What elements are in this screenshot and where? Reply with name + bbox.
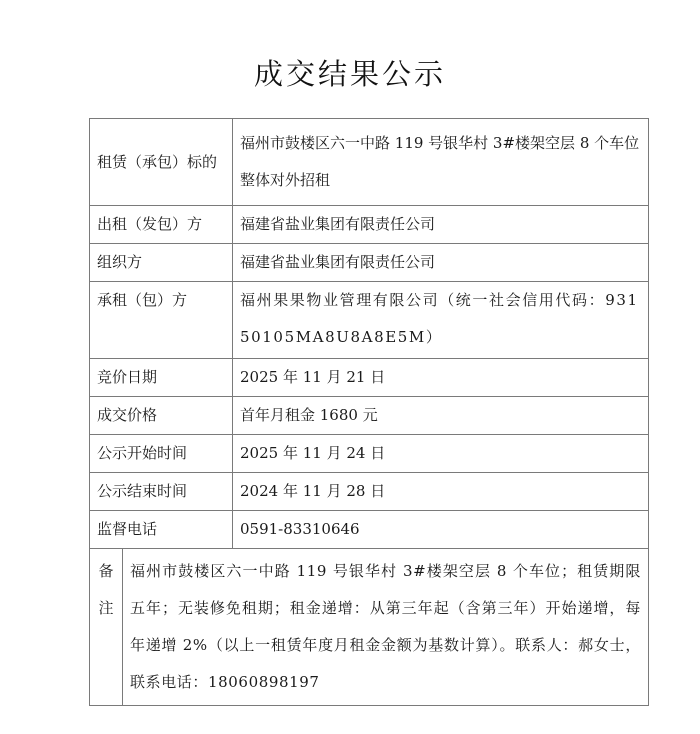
row-label: 租赁（承包）标的 [90,119,233,206]
notes-label: 备 注 [90,549,123,705]
table-row-notes: 备 注 福州市鼓楼区六一中路 119 号银华村 3#楼架空层 8 个车位；租赁期… [90,549,649,706]
row-value: 0591-83310646 [233,511,649,549]
row-label: 公示结束时间 [90,473,233,511]
row-label: 承租（包）方 [90,282,233,359]
table-row-price: 成交价格 首年月租金 1680 元 [90,397,649,435]
notes-label-char: 备 [98,553,113,590]
row-label: 组织方 [90,244,233,282]
table-row-lessor: 出租（发包）方 福建省盐业集团有限责任公司 [90,206,649,244]
table-row-publicity-end: 公示结束时间 2024 年 11 月 28 日 [90,473,649,511]
row-label: 公示开始时间 [90,435,233,473]
row-value: 2025 年 11 月 21 日 [233,359,649,397]
row-value: 首年月租金 1680 元 [233,397,649,435]
row-label: 竞价日期 [90,359,233,397]
table-row-lessee: 承租（包）方 福州果果物业管理有限公司（统一社会信用代码：93150105MA8… [90,282,649,359]
row-value: 福建省盐业集团有限责任公司 [233,206,649,244]
row-value: 福州市鼓楼区六一中路 119 号银华村 3#楼架空层 8 个车位整体对外招租 [233,119,649,206]
row-label: 监督电话 [90,511,233,549]
row-value: 福建省盐业集团有限责任公司 [233,244,649,282]
table-row-publicity-start: 公示开始时间 2025 年 11 月 24 日 [90,435,649,473]
notes-text: 福州市鼓楼区六一中路 119 号银华村 3#楼架空层 8 个车位；租赁期限五年；… [123,549,648,705]
notes-cell: 备 注 福州市鼓楼区六一中路 119 号银华村 3#楼架空层 8 个车位；租赁期… [90,549,649,706]
table-row-organizer: 组织方 福建省盐业集团有限责任公司 [90,244,649,282]
result-table: 租赁（承包）标的 福州市鼓楼区六一中路 119 号银华村 3#楼架空层 8 个车… [89,118,649,706]
table-row-bid-date: 竞价日期 2025 年 11 月 21 日 [90,359,649,397]
row-value: 2025 年 11 月 24 日 [233,435,649,473]
row-label: 成交价格 [90,397,233,435]
row-label: 出租（发包）方 [90,206,233,244]
page-title: 成交结果公示 [0,52,700,93]
row-value: 福州果果物业管理有限公司（统一社会信用代码：93150105MA8U8A8E5M… [233,282,649,359]
table-row-subject: 租赁（承包）标的 福州市鼓楼区六一中路 119 号银华村 3#楼架空层 8 个车… [90,119,649,206]
notes-label-char: 注 [98,590,113,627]
table-row-supervision-phone: 监督电话 0591-83310646 [90,511,649,549]
row-value: 2024 年 11 月 28 日 [233,473,649,511]
